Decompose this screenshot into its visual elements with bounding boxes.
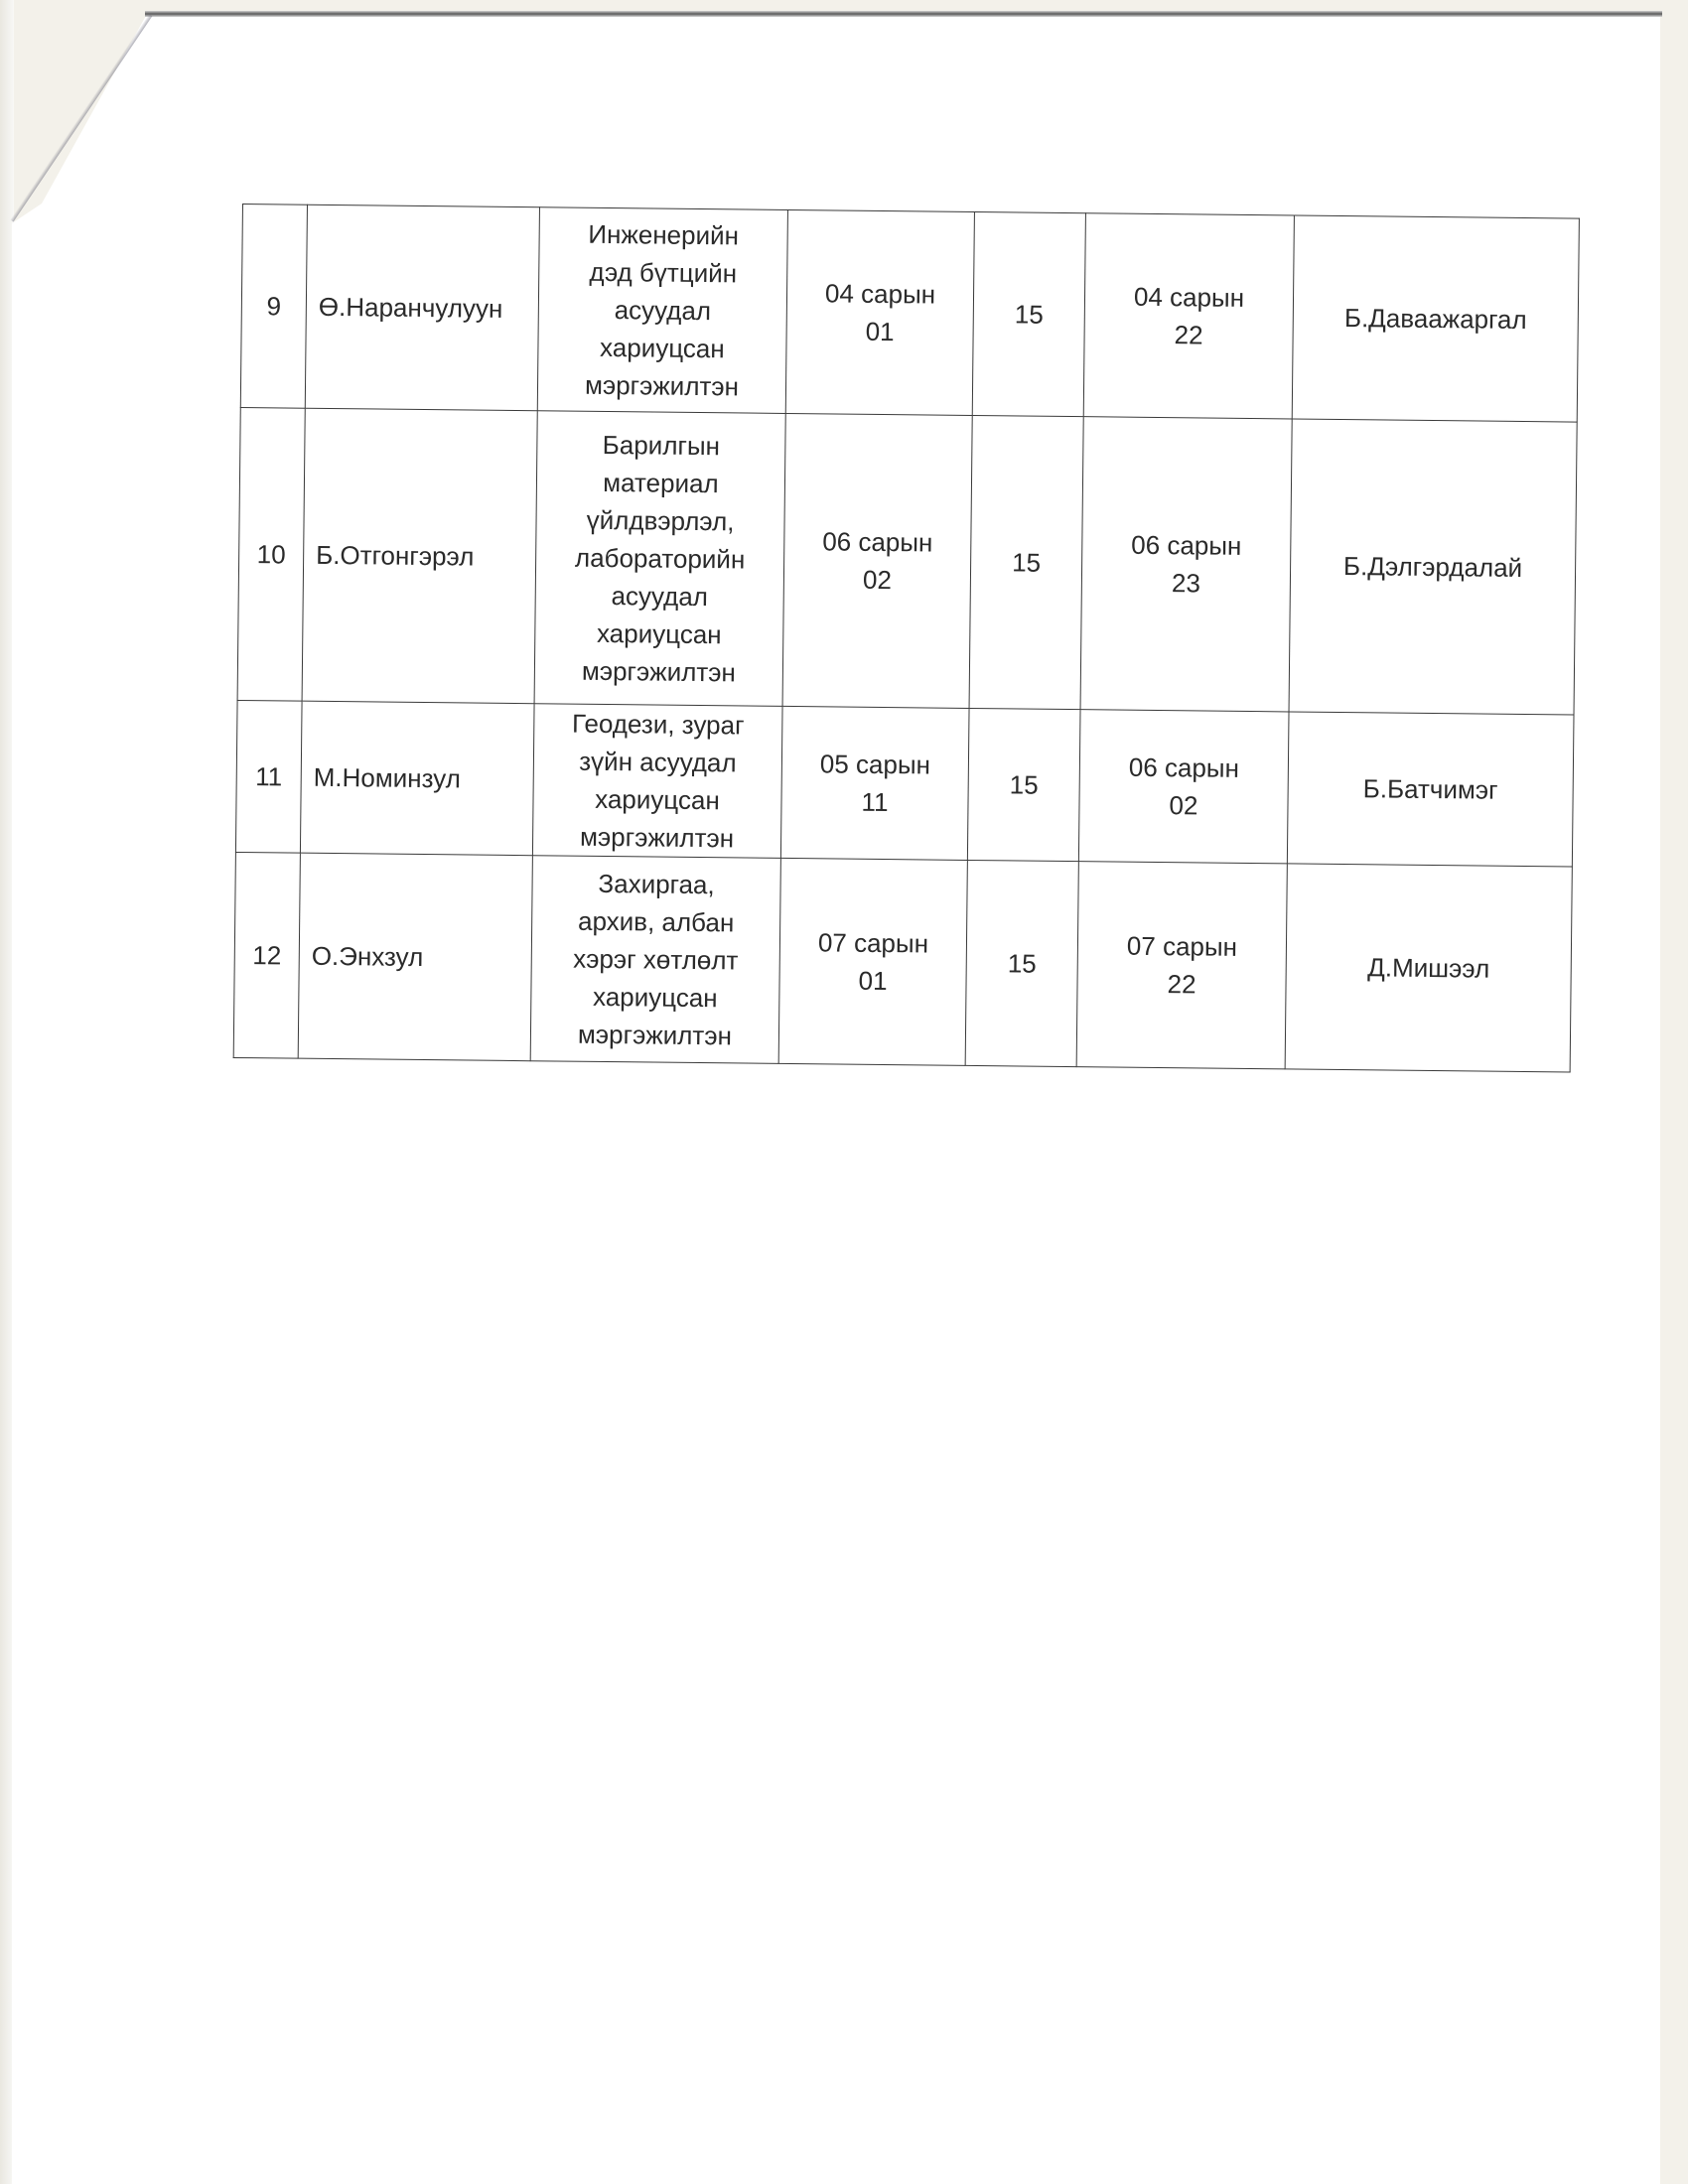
table-row: 9 Ө.Наранчулуун Инженерийндэд бүтцийнасу… [240,205,1579,423]
start-line: 07 сарын [786,923,960,963]
position-line: асуудал [542,576,777,616]
no-text: 9 [266,291,281,321]
row-number: 10 [237,407,305,701]
end-line: 22 [1090,315,1286,354]
days-text: 15 [1008,948,1037,978]
table-row: 10 Б.Отгонгэрэл Барилгынматериалүйлдвэрл… [237,407,1577,715]
name-text: О.Энхзул [312,941,424,972]
position-line: Инженерийн [545,214,780,255]
substitute-cell: Б.Батчимэг [1287,712,1574,867]
no-text: 12 [252,940,281,970]
position-line: хариуцсан [539,779,774,820]
employee-name: О.Энхзул [298,853,532,1061]
position-line: зүйн асуудал [540,742,775,782]
position-line: Захиргаа, [538,864,774,904]
position-cell: Барилгынматериалүйлдвэрлэл,лабораторийна… [534,411,785,707]
substitute-text: Б.Батчимэг [1363,773,1498,804]
days-text: 15 [1010,769,1039,799]
return-date-cell: 04 сарын22 [1083,213,1294,419]
substitute-cell: Д.Мишээл [1285,864,1572,1072]
leave-days-cell: 15 [965,860,1078,1066]
start-line: 06 сарын [790,522,964,562]
employee-name: М.Номинзул [300,701,534,856]
table-row: 11 М.Номинзул Геодези, зурагзүйн асуудал… [235,700,1574,867]
employee-name: Ө.Наранчулуун [305,205,539,411]
row-number: 11 [235,700,302,853]
start-date-cell: 06 сарын02 [782,413,972,708]
start-line: 02 [790,560,964,600]
position-line: мэргэжилтэн [544,365,779,406]
start-line: 01 [785,961,959,1001]
substitute-cell: Б.Дэлгэрдалай [1289,419,1577,715]
position-line: асуудал [545,290,780,331]
start-date-cell: 04 сарын01 [785,209,974,415]
return-date-cell: 06 сарын23 [1080,417,1292,712]
days-text: 15 [1015,299,1044,329]
position-line: архив, албан [538,901,774,942]
row-number: 9 [240,205,307,409]
position-line: хариуцсан [541,614,776,654]
end-line: 02 [1085,785,1281,825]
position-cell: Захиргаа,архив, албанхэрэг хөтлөлтхариуц… [530,856,780,1064]
end-line: 23 [1088,563,1284,603]
substitute-cell: Б.Даваажаргал [1292,215,1579,422]
end-line: 22 [1083,964,1279,1004]
start-date-cell: 05 сарын11 [780,706,969,860]
name-text: Б.Отгонгэрэл [316,540,475,572]
page-top-edge [145,11,1662,17]
position-cell: Инженерийндэд бүтцийнасуудалхариуцсанмэр… [537,207,787,414]
substitute-text: Д.Мишээл [1367,952,1489,983]
position-line: Барилгын [543,425,778,466]
position-line: мэргэжилтэн [541,651,776,692]
position-cell: Геодези, зурагзүйн асуудалхариуцсанмэргэ… [532,704,782,859]
position-line: Геодези, зураг [540,704,775,745]
leave-schedule-table: 9 Ө.Наранчулуун Инженерийндэд бүтцийнасу… [233,204,1580,1073]
position-line: хэрэг хөтлөлт [538,939,774,980]
employee-name: Б.Отгонгэрэл [302,408,537,704]
scan-background-strip [0,0,14,2184]
name-text: М.Номинзул [314,762,461,794]
position-line: лабораторийн [542,538,777,579]
start-line: 11 [787,782,961,822]
position-line: мэргэжилтэн [537,1015,773,1055]
start-line: 05 сарын [788,745,962,784]
table-row: 12 О.Энхзул Захиргаа,архив, албанхэрэг х… [233,852,1572,1072]
end-line: 06 сарын [1088,525,1284,565]
leave-days-cell: 15 [972,211,1085,416]
position-line: мэргэжилтэн [539,817,774,858]
leave-days-cell: 15 [967,708,1080,861]
row-number: 12 [233,852,300,1058]
end-line: 07 сарын [1084,926,1280,966]
position-line: хариуцсан [544,328,779,368]
no-text: 10 [257,539,286,569]
days-text: 15 [1012,547,1041,577]
name-text: Ө.Наранчулуун [319,292,503,324]
end-line: 06 сарын [1086,748,1282,787]
position-line: дэд бүтцийн [545,252,780,293]
start-line: 01 [792,312,966,351]
position-line: материал [543,463,778,503]
no-text: 11 [255,761,282,791]
position-line: үйлдвэрлэл, [542,500,777,541]
position-line: хариуцсан [537,977,773,1018]
start-line: 04 сарын [793,274,967,314]
leave-days-cell: 15 [969,415,1083,709]
return-date-cell: 06 сарын02 [1078,710,1289,864]
substitute-text: Б.Даваажаргал [1344,303,1527,335]
return-date-cell: 07 сарын22 [1076,862,1287,1069]
start-date-cell: 07 сарын01 [778,858,967,1065]
end-line: 04 сарын [1091,277,1287,317]
substitute-text: Б.Дэлгэрдалай [1343,551,1522,583]
